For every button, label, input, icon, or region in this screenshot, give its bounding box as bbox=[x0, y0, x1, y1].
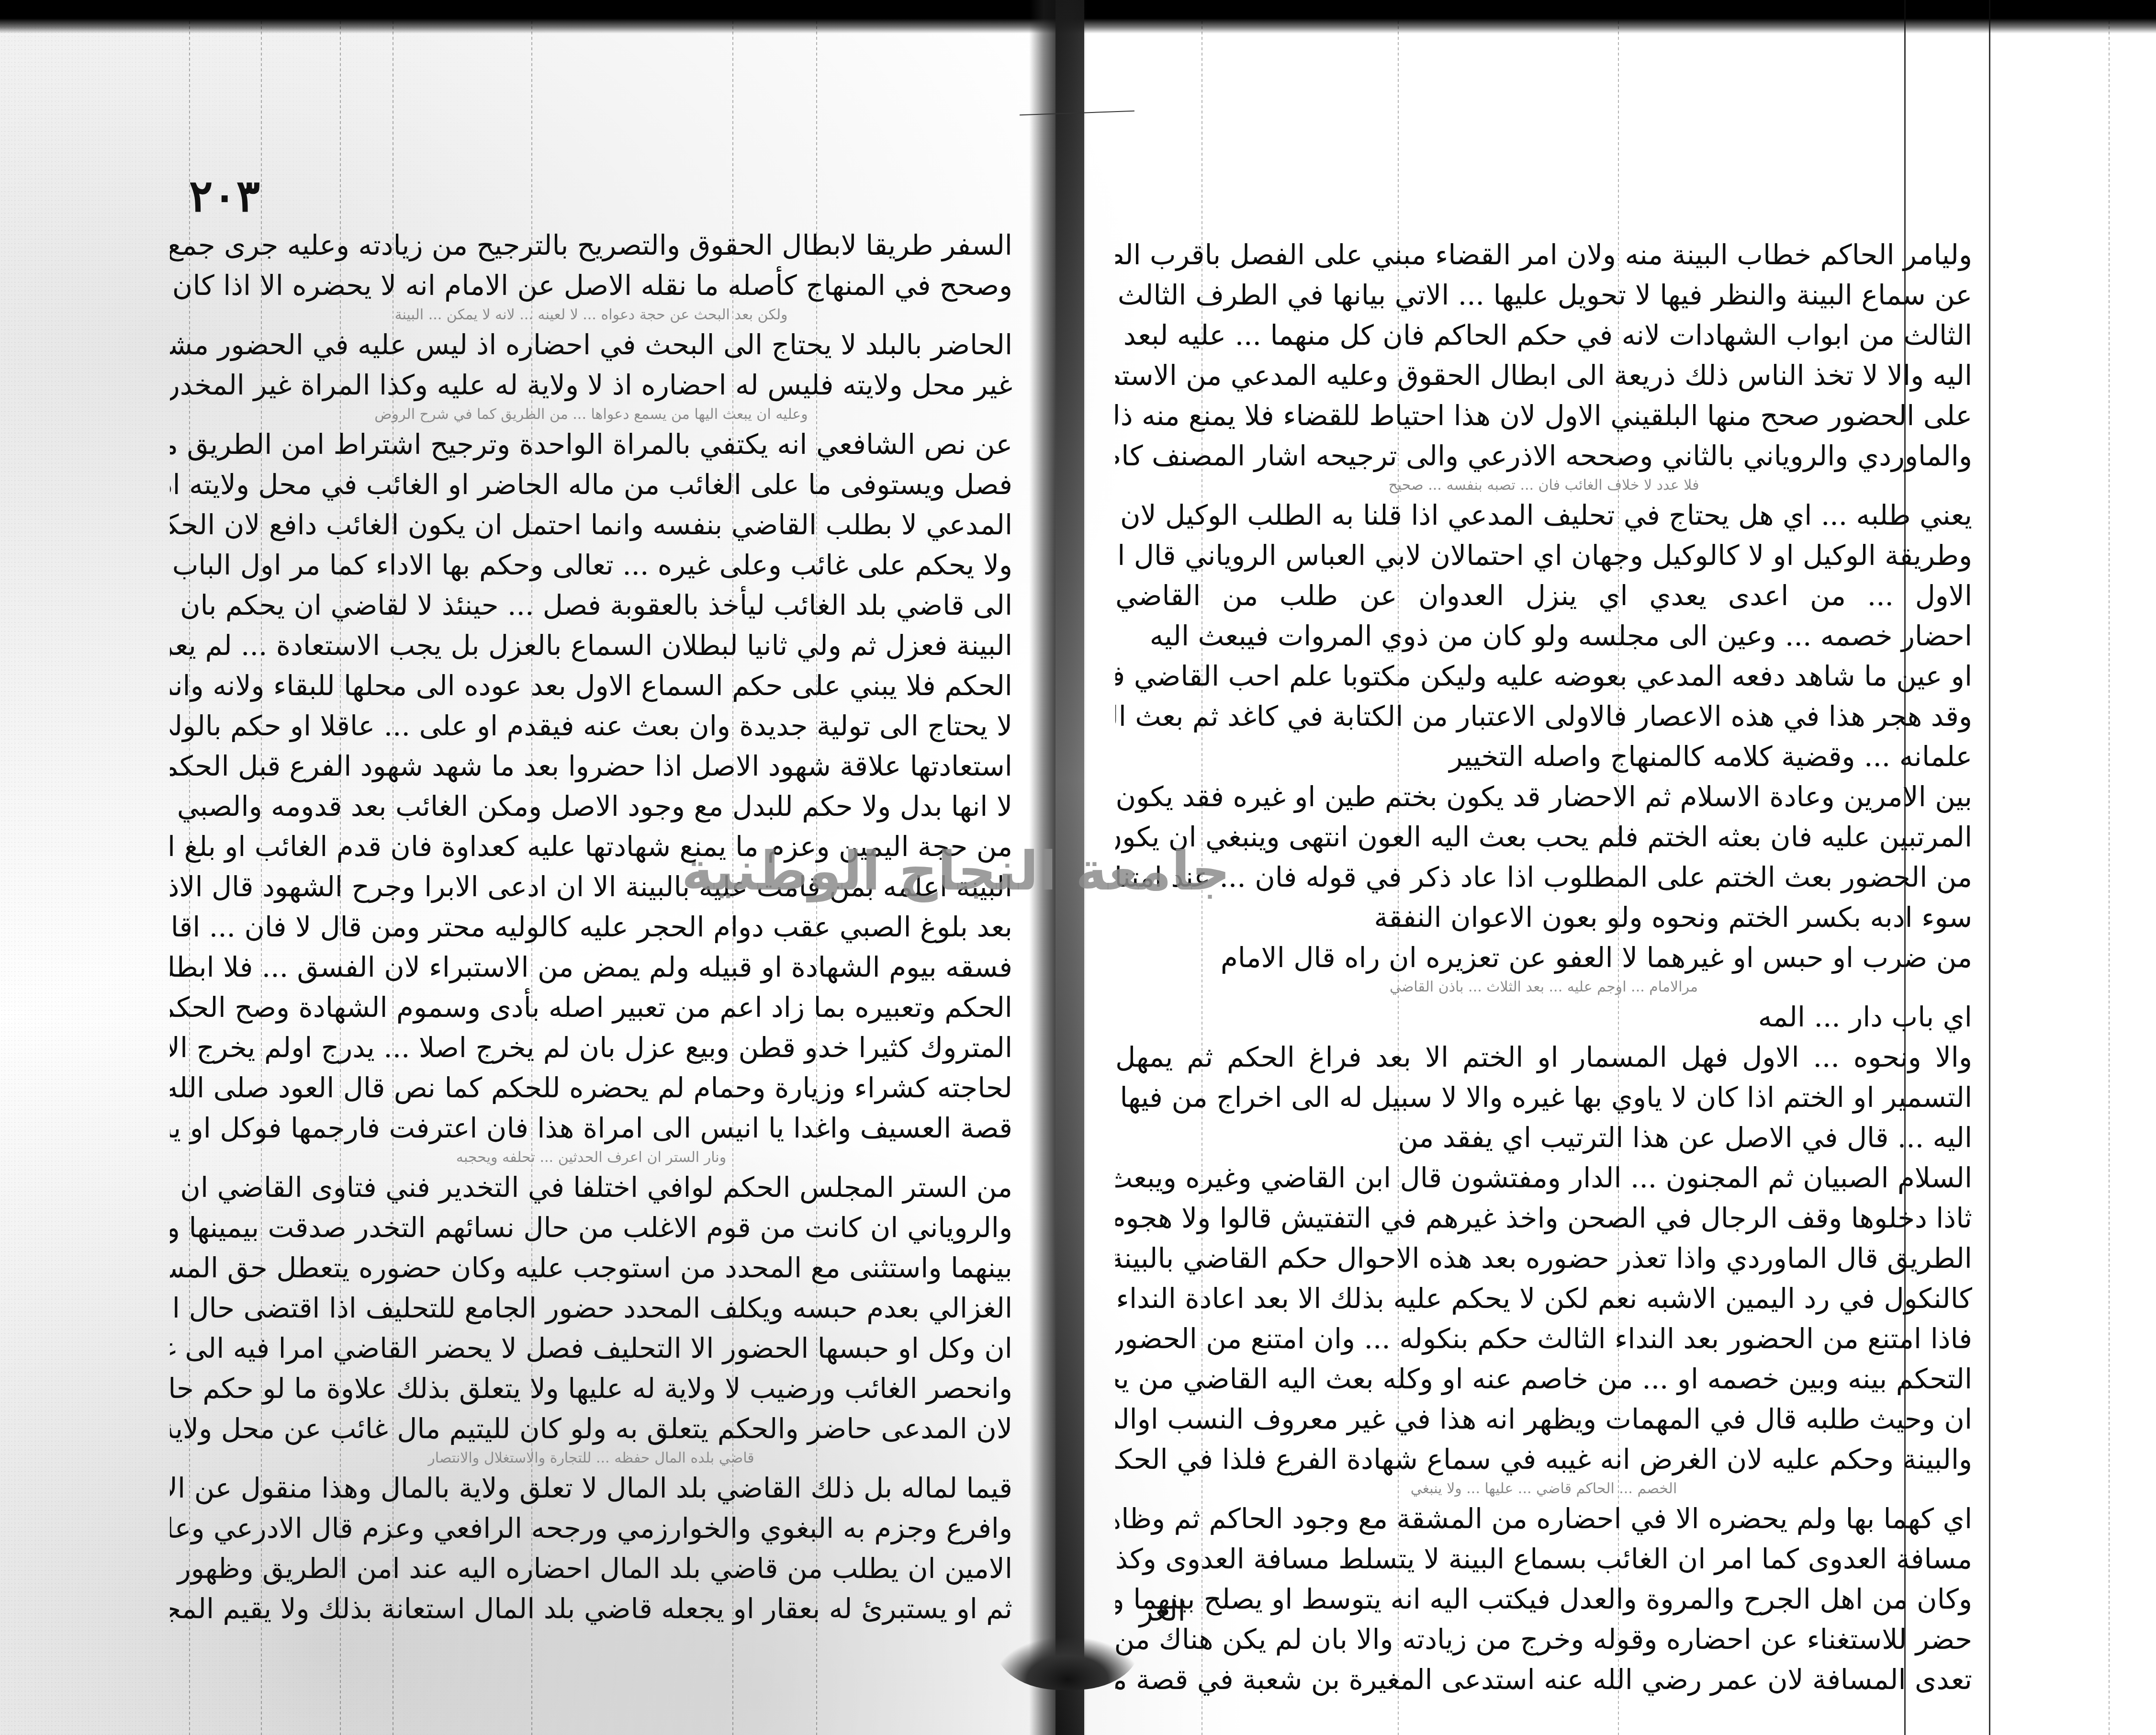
manuscript-line: اليه ... قال في الاصل عن هذا الترتيب اي … bbox=[1115, 1117, 1972, 1158]
book-spine bbox=[1056, 0, 1084, 1735]
manuscript-line: الاول ... من اعدى يعدي اي ينزل العدوان ع… bbox=[1115, 575, 1972, 616]
manuscript-line: والبينة وحكم عليه لان الغرض انه غيبه في … bbox=[1115, 1439, 1972, 1479]
manuscript-line: مسافة العدوى كما امر ان الغائب بسماع الب… bbox=[1115, 1539, 1972, 1579]
manuscript-line: قصة العسيف واغدا يا انيس الى امراة هذا ف… bbox=[170, 1108, 1012, 1148]
manuscript-line: المتروك كثيرا خدو قطن وبيع عزل بان لم يخ… bbox=[170, 1027, 1012, 1068]
marginal-gloss-line: ونار الستر ان اعرف الحدثين ... تحلفه ويح… bbox=[170, 1148, 1012, 1167]
manuscript-line: وليامر الحاكم خطاب البينة منه ولان امر ا… bbox=[1115, 235, 1972, 275]
manuscript-line: اليه والا لا تخذ الناس ذلك ذريعة الى ابط… bbox=[1115, 355, 1972, 395]
manuscript-line: والماوردي والروياني بالثاني وصححه الاذرع… bbox=[1115, 436, 1972, 476]
manuscript-line: بعد بلوغ الصبي عقب دوام الحجر عليه كالول… bbox=[170, 907, 1012, 947]
manuscript-line: والروياني ان كانت من قوم الاغلب من حال ن… bbox=[170, 1207, 1012, 1248]
manuscript-line: استعادتها علاقة شهود الاصل اذا حضروا بعد… bbox=[170, 746, 1012, 786]
manuscript-line: من الستر المجلس الحكم لوافي اختلفا في ال… bbox=[170, 1167, 1012, 1207]
manuscript-line: فصل ويستوفى ما على الغائب من ماله الحاضر… bbox=[170, 464, 1012, 505]
manuscript-line: لا يحتاج الى تولية جديدة وان بعث عنه فيق… bbox=[170, 706, 1012, 746]
page-number: ٢٠٣ bbox=[189, 170, 260, 222]
manuscript-line: علمانه ... وقضية كلامه كالمنهاج واصله ال… bbox=[1115, 736, 1972, 777]
manuscript-line: الثالث من ابواب الشهادات لانه في حكم الح… bbox=[1115, 315, 1972, 355]
manuscript-line: التسمير او الختم اذا كان لا ياوي بها غير… bbox=[1115, 1077, 1972, 1117]
manuscript-line: الى قاضي بلد الغائب ليأخذ بالعقوبة فصل .… bbox=[170, 585, 1012, 625]
manuscript-line: من ضرب او حبس او غيرهما لا العفو عن تعزي… bbox=[1115, 937, 1972, 978]
manuscript-line: وكان من اهل الجرح والمروة والعدل فيكتب ا… bbox=[1115, 1579, 1972, 1619]
manuscript-line: فسقه بيوم الشهادة او قبيله ولم يمض من ال… bbox=[170, 947, 1012, 987]
marginal-gloss-line: قاضي بلده المال حفظه ... للتجارة والاستغ… bbox=[170, 1449, 1012, 1468]
manuscript-line: عن نص الشافعي انه يكتفي بالمراة الواحدة … bbox=[170, 424, 1012, 464]
marginal-gloss-line: الخصم ... الحاكم قاضي ... عليها ... ولا … bbox=[1115, 1479, 1972, 1498]
manuscript-line: البينة فعزل ثم ولي ثانيا لبطلان السماع ب… bbox=[170, 625, 1012, 665]
manuscript-line: غير محل ولايته فليس له احضاره اذ لا ولاي… bbox=[170, 365, 1012, 405]
manuscript-line: يعني طلبه ... اي هل يحتاج في تحليف المدع… bbox=[1115, 495, 1972, 535]
fold-line bbox=[2109, 0, 2110, 1735]
manuscript-line: السلام الصبيان ثم المجنون ... الدار ومفت… bbox=[1115, 1158, 1972, 1198]
manuscript-line: لا انها بدل ولا حكم للبدل مع وجود الاصل … bbox=[170, 786, 1012, 826]
manuscript-line: ثاذا دخلوها وقف الرجال في الصحن واخذ غير… bbox=[1115, 1198, 1972, 1238]
manuscript-line: ان وحيث طلبه قال في المهمات ويظهر انه هذ… bbox=[1115, 1399, 1972, 1439]
manuscript-line: بينهما واستثنى مع المحدد من استوجب عليه … bbox=[170, 1248, 1012, 1288]
catchword: الغر bbox=[1139, 1594, 1186, 1628]
right-page-text: وليامر الحاكم خطاب البينة منه ولان امر ا… bbox=[1115, 235, 1972, 1700]
marginal-gloss-line: وعليه ان يبعث اليها من يسمع دعواها ... م… bbox=[170, 405, 1012, 424]
manuscript-line: بين الامرين وعادة الاسلام ثم الاحضار قد … bbox=[1115, 777, 1972, 817]
manuscript-line: ولا يحكم على غائب وعلى غيره ... تعالى وح… bbox=[170, 545, 1012, 585]
manuscript-line: من الحضور بعث الختم على المطلوب اذا عاد … bbox=[1115, 857, 1972, 897]
manuscript-line: المرتبين عليه فان بعثه الختم فلم يحب بعث… bbox=[1115, 817, 1972, 857]
manuscript-line: الامين ان يطلب من قاضي بلد المال احضاره … bbox=[170, 1548, 1012, 1589]
fold-line bbox=[1989, 0, 1990, 1735]
manuscript-line: وصحح في المنهاج كأصله ما نقله الاصل عن ا… bbox=[170, 265, 1012, 305]
manuscript-line: الحكم فلا يبني على حكم السماع الاول بعد … bbox=[170, 665, 1012, 706]
marginal-gloss-line: فلا عدد لا خلاف الغائب فان ... تصبه بنفس… bbox=[1115, 476, 1972, 495]
manuscript-line: وانحصر الغائب ورضيب لا ولاية له عليها ول… bbox=[170, 1368, 1012, 1408]
left-page-text: السفر طريقا لابطال الحقوق والتصريح بالتر… bbox=[170, 225, 1012, 1629]
manuscript-line: المدعي لا بطلب القاضي بنفسه وانما احتمل … bbox=[170, 505, 1012, 545]
manuscript-line: الغزالي بعدم حبسه ويكلف المحدد حضور الجا… bbox=[170, 1288, 1012, 1328]
manuscript-line: اي باب دار ... المه bbox=[1115, 997, 1972, 1037]
manuscript-line: وافرع وجزم به البغوي والخوارزمي ورجحه ال… bbox=[170, 1508, 1012, 1548]
manuscript-line: التحكم بينه وبين خصمه او ... من خاصم عنه… bbox=[1115, 1359, 1972, 1399]
manuscript-line: الحاضر بالبلد لا يحتاج الى البحث في احضا… bbox=[170, 325, 1012, 365]
manuscript-line: وقد هجر هذا في هذه الاعصار فالاولى الاعت… bbox=[1115, 696, 1972, 736]
manuscript-line: البينة اعلمه بمن قامت عليه بالبينة الا ا… bbox=[170, 867, 1012, 907]
manuscript-line: قيما لماله بل ذلك القاضي بلد المال لا تع… bbox=[170, 1468, 1012, 1508]
manuscript-line: حضر للاستغناء عن احضاره وقوله وخرج من زي… bbox=[1115, 1619, 1972, 1659]
manuscript-line: اي كهما بها ولم يحضره الا في احضاره من ا… bbox=[1115, 1498, 1972, 1539]
manuscript-line: على الحضور صحح منها البلقيني الاول لان ه… bbox=[1115, 395, 1972, 436]
manuscript-line: من حجة اليمين وعزم ما يمنع شهادتها عليه … bbox=[170, 826, 1012, 867]
manuscript-line: ثم او يستبرئ له بعقار او يجعله قاضي بلد … bbox=[170, 1589, 1012, 1629]
manuscript-line: والا ونحوه ... الاول فهل المسمار او الخت… bbox=[1115, 1037, 1972, 1077]
manuscript-line: فاذا امتنع من الحضور بعد النداء الثالث ح… bbox=[1115, 1318, 1972, 1359]
manuscript-line: لان المدعى حاضر والحكم يتعلق به ولو كان … bbox=[170, 1408, 1012, 1449]
manuscript-line: الحكم وتعبيره بما زاد اعم من تعبير اصله … bbox=[170, 987, 1012, 1027]
manuscript-line: او عين ما شاهد دفعه المدعي بعوضه عليه ول… bbox=[1115, 656, 1972, 696]
manuscript-line: احضار خصمه ... وعين الى مجلسه ولو كان من… bbox=[1115, 616, 1972, 656]
manuscript-line: سوء ادبه بكسر الختم ونحوه ولو بعون الاعو… bbox=[1115, 897, 1972, 937]
manuscript-line: لحاجته كشراء وزيارة وحمام لم يحضره للحكم… bbox=[170, 1068, 1012, 1108]
manuscript-line: ان وكل او حبسها الحضور الا التحليف فصل ل… bbox=[170, 1328, 1012, 1368]
manuscript-line: الطريق قال الماوردي واذا تعذر حضوره بعد … bbox=[1115, 1238, 1972, 1278]
manuscript-line: عن سماع البينة والنظر فيها لا تحويل عليه… bbox=[1115, 275, 1972, 315]
manuscript-line: وطريقة الوكيل او لا كالوكيل وجهان اي احت… bbox=[1115, 535, 1972, 575]
manuscript-line: كالنكول في رد اليمين الاشبه نعم لكن لا ي… bbox=[1115, 1278, 1972, 1318]
manuscript-line: تعدى المسافة لان عمر رضي الله عنه استدعى… bbox=[1115, 1659, 1972, 1700]
marginal-gloss-line: ولكن بعد البحث عن حجة دعواه ... لا لعينه… bbox=[170, 305, 1012, 325]
manuscript-line: السفر طريقا لابطال الحقوق والتصريح بالتر… bbox=[170, 225, 1012, 265]
marginal-gloss-line: مرالامام ... اوجم عليه ... بعد الثلاث ..… bbox=[1115, 978, 1972, 997]
